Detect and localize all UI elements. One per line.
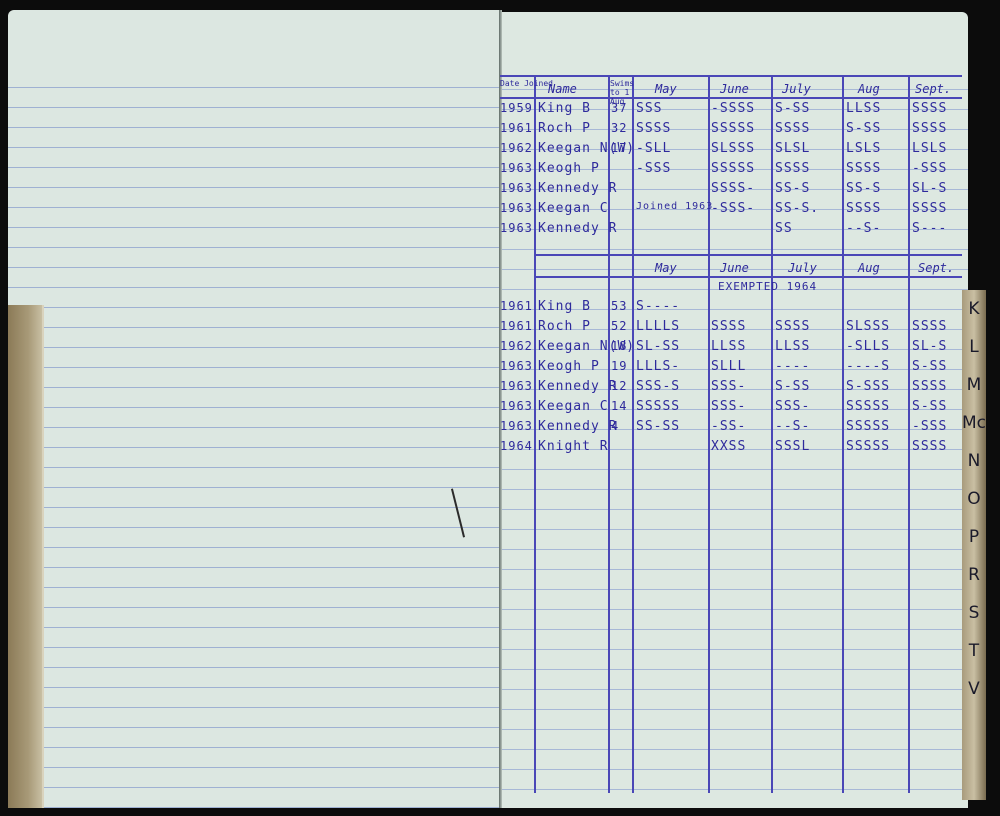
- table-cell: Kennedy R: [538, 379, 617, 394]
- table-cell: SSSSS: [711, 161, 755, 176]
- table-cell: 1963: [500, 359, 533, 373]
- table-cell: SSSSS: [846, 419, 890, 434]
- table-cell: -SLLS: [846, 339, 890, 354]
- table-cell: SSS-: [711, 379, 746, 394]
- table-cell: -SS-: [711, 419, 746, 434]
- table-cell: SSSS: [775, 121, 810, 136]
- table-cell: SSSS: [711, 319, 746, 334]
- table-cell: XXSS: [711, 439, 746, 454]
- table-cell: SSSSS: [846, 439, 890, 454]
- table-cell: SSSS: [912, 201, 947, 216]
- table-cell: 1959: [500, 101, 533, 115]
- table-cell: Kennedy R: [538, 221, 617, 236]
- table-cell: --S-: [846, 221, 881, 236]
- table-cell: S-SSS: [846, 379, 890, 394]
- index-tab[interactable]: O: [962, 480, 986, 518]
- table-cell: King B: [538, 299, 591, 314]
- table-cell: 53: [611, 299, 627, 313]
- table-cell: 14: [611, 399, 627, 413]
- table-cell: -SLL: [636, 141, 671, 156]
- table-cell: King B: [538, 101, 591, 116]
- table-cell: SS-S.: [775, 201, 819, 216]
- table-cell: SSSS-: [711, 181, 755, 196]
- table-cell: LLSS: [775, 339, 810, 354]
- left-page: [8, 10, 500, 808]
- table-cell: 12: [611, 379, 627, 393]
- table-cell: 1963: [500, 419, 533, 433]
- index-tab[interactable]: Mc: [962, 404, 986, 442]
- table-cell: SSSS: [775, 161, 810, 176]
- table-cell: ----S: [846, 359, 890, 374]
- table-cell: S----: [636, 299, 680, 314]
- table-cell: 18: [611, 339, 627, 353]
- table-cell: SSSS: [775, 319, 810, 334]
- table-cell: LSLS: [912, 141, 947, 156]
- header-sept: Sept.: [915, 82, 951, 96]
- table-cell: LLSS: [711, 339, 746, 354]
- table-cell: 1963: [500, 201, 533, 215]
- table-cell: --S-: [775, 419, 810, 434]
- table-cell: 1963: [500, 161, 533, 175]
- header-july: July: [782, 82, 811, 96]
- table-cell: Joined 1963: [636, 201, 713, 212]
- table-cell: SL-S: [912, 181, 947, 196]
- index-tab[interactable]: M: [962, 366, 986, 404]
- table-cell: S-SS: [846, 121, 881, 136]
- table-cell: SS: [775, 221, 793, 236]
- table-cell: -SSS-: [711, 201, 755, 216]
- table-cell: SS-SS: [636, 419, 680, 434]
- table-cell: -SSSS: [711, 101, 755, 116]
- table-cell: Kennedy R: [538, 419, 617, 434]
- table-cell: -SSS: [912, 161, 947, 176]
- table-cell: SSSSS: [711, 121, 755, 136]
- table-cell: S-SS: [775, 379, 810, 394]
- index-tab[interactable]: P: [962, 518, 986, 556]
- table-cell: SSSSS: [636, 399, 680, 414]
- index-tab[interactable]: R: [962, 556, 986, 594]
- table-cell: SSSS: [846, 161, 881, 176]
- table-cell: 1963: [500, 399, 533, 413]
- table-cell: 19: [611, 359, 627, 373]
- table-cell: Keogh P: [538, 161, 600, 176]
- table-cell: SSSS: [846, 201, 881, 216]
- table-cell: 1961: [500, 299, 533, 313]
- header-may: May: [655, 261, 677, 275]
- table-cell: ----: [775, 359, 810, 374]
- table-cell: SL-SS: [636, 339, 680, 354]
- header-may: May: [655, 82, 677, 96]
- table-cell: S-SS: [775, 101, 810, 116]
- table-cell: SSSS: [912, 121, 947, 136]
- table-cell: 1964: [500, 439, 533, 453]
- table-cell: 1963: [500, 379, 533, 393]
- table-cell: SLLL: [711, 359, 746, 374]
- table-cell: SSS-: [711, 399, 746, 414]
- table-cell: SS-S: [846, 181, 881, 196]
- table-cell: SSS: [636, 101, 662, 116]
- table-cell: 52: [611, 319, 627, 333]
- table-cell: 4: [611, 419, 619, 433]
- alphabet-index-tabs: KLMMcNOPRSTV: [962, 290, 986, 800]
- table-cell: Keegan C: [538, 201, 609, 216]
- header-june: June: [720, 82, 749, 96]
- table-cell: 1963: [500, 221, 533, 235]
- index-tab[interactable]: T: [962, 632, 986, 670]
- pen-mark: [451, 489, 465, 538]
- index-tab[interactable]: S: [962, 594, 986, 632]
- table-cell: SSSS: [912, 379, 947, 394]
- table-cell: Keogh P: [538, 359, 600, 374]
- table-cell: 32: [611, 121, 627, 135]
- table-cell: Keegan C: [538, 399, 609, 414]
- header-aug: Aug: [858, 82, 880, 96]
- table-cell: SSS-: [775, 399, 810, 414]
- table-cell: LSLS: [846, 141, 881, 156]
- table-cell: SSSS: [636, 121, 671, 136]
- table-cell: 37: [611, 101, 627, 115]
- index-tab[interactable]: K: [962, 290, 986, 328]
- table-cell: SSSL: [775, 439, 810, 454]
- table-cell: 1961: [500, 319, 533, 333]
- table-cell: 17: [611, 141, 627, 155]
- header-date-joined: Date Joined: [500, 79, 553, 88]
- index-tab[interactable]: L: [962, 328, 986, 366]
- table-cell: SSS-S: [636, 379, 680, 394]
- table-cell: -SSS: [636, 161, 671, 176]
- table-cell: Kennedy R: [538, 181, 617, 196]
- table-cell: 1963: [500, 181, 533, 195]
- table-cell: LLLLS: [636, 319, 680, 334]
- table-cell: LLSS: [846, 101, 881, 116]
- table-cell: -SSS: [912, 419, 947, 434]
- table-cell: 1962: [500, 141, 533, 155]
- table-cell: Roch P: [538, 121, 591, 136]
- table-cell: SSSS: [912, 439, 947, 454]
- table-cell: SLSSS: [711, 141, 755, 156]
- table-cell: 1962: [500, 339, 533, 353]
- header-sept: Sept.: [918, 261, 954, 275]
- table-cell: SS-S: [775, 181, 810, 196]
- table-cell: SSSSS: [846, 399, 890, 414]
- table-cell: Knight R: [538, 439, 609, 454]
- exempted-note: EXEMPTED 1964: [718, 280, 817, 293]
- worn-page-edge: [8, 305, 44, 808]
- index-tab[interactable]: N: [962, 442, 986, 480]
- header-aug: Aug: [858, 261, 880, 275]
- table-cell: Roch P: [538, 319, 591, 334]
- header-june: June: [720, 261, 749, 275]
- table-cell: S---: [912, 221, 947, 236]
- index-tab[interactable]: V: [962, 670, 986, 708]
- header-name: Name: [548, 82, 577, 96]
- table-cell: SLSSS: [846, 319, 890, 334]
- table-cell: SSSS: [912, 101, 947, 116]
- table-cell: SLSL: [775, 141, 810, 156]
- table-cell: SL-S: [912, 339, 947, 354]
- table-cell: 1961: [500, 121, 533, 135]
- table-cell: SSSS: [912, 319, 947, 334]
- table-cell: S-SS: [912, 399, 947, 414]
- header-july: July: [788, 261, 817, 275]
- table-cell: S-SS: [912, 359, 947, 374]
- table-cell: LLLS-: [636, 359, 680, 374]
